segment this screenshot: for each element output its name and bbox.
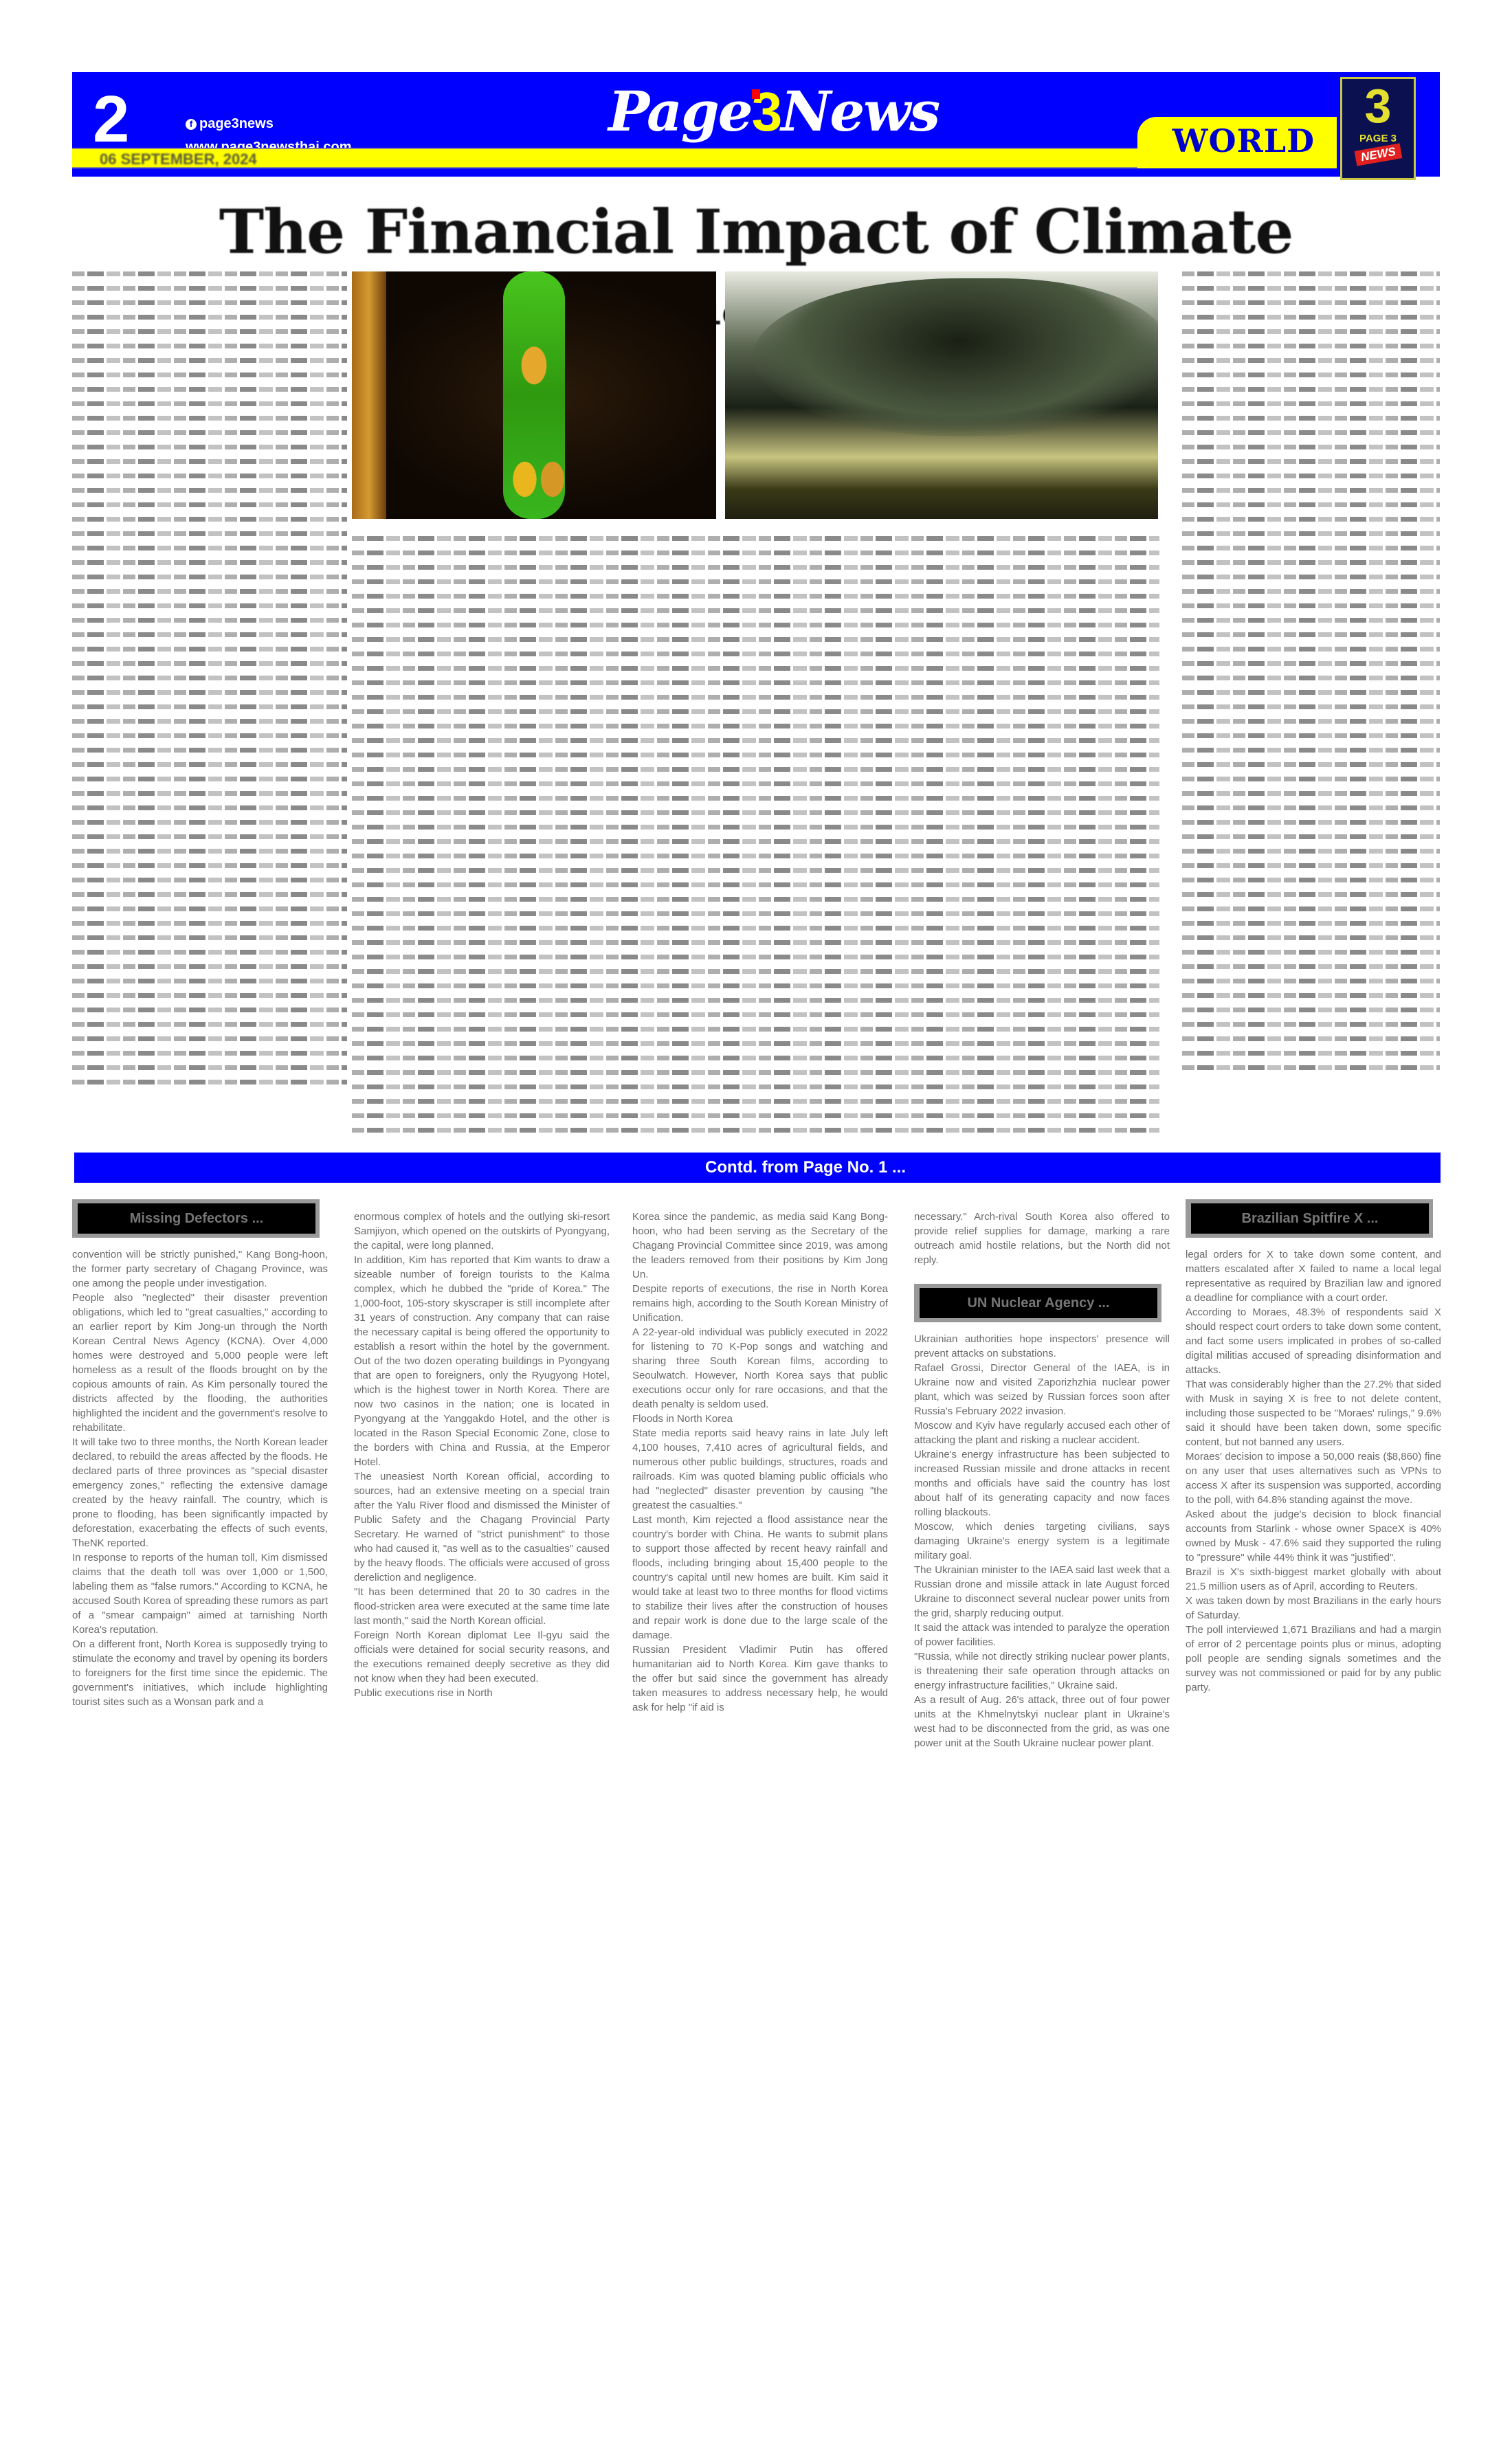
- paragraph: legal orders for X to take down some con…: [1186, 1247, 1441, 1305]
- paragraph: State media reports said heavy rains in …: [632, 1426, 888, 1513]
- column-4: necessary." Arch-rival South Korea also …: [914, 1210, 1170, 1750]
- paragraph: Despite reports of executions, the rise …: [632, 1282, 888, 1325]
- upper-left-column-text: [72, 271, 347, 1094]
- paragraph: It said the attack was intended to paral…: [914, 1621, 1170, 1649]
- upper-center-text: [352, 536, 1159, 1142]
- column-3: Korea since the pandemic, as media said …: [632, 1210, 888, 1715]
- continued-from-banner: Contd. from Page No. 1 ...: [74, 1153, 1441, 1183]
- paragraph: Brazil is X's sixth-biggest market globa…: [1186, 1565, 1441, 1594]
- paragraph: The poll interviewed 1,671 Brazilians an…: [1186, 1623, 1441, 1695]
- photo-chili-vine: [503, 271, 565, 519]
- paragraph: Russian President Vladimir Putin has off…: [632, 1643, 888, 1715]
- paragraph: A 22-year-old individual was publicly ex…: [632, 1325, 888, 1412]
- masthead-divider: [72, 168, 1440, 177]
- paragraph: As a result of Aug. 26's attack, three o…: [914, 1693, 1170, 1750]
- paragraph: "It has been determined that 20 to 30 ca…: [354, 1585, 610, 1628]
- facebook-icon: f: [186, 119, 197, 130]
- paragraph: In addition, Kim has reported that Kim w…: [354, 1253, 610, 1469]
- column-2: enormous complex of hotels and the outly…: [354, 1210, 610, 1700]
- page-number: 2: [93, 82, 129, 157]
- paragraph: The uneasiest North Korean official, acc…: [354, 1469, 610, 1585]
- paragraph: Last month, Kim rejected a flood assista…: [632, 1513, 888, 1643]
- paragraph: necessary." Arch-rival South Korea also …: [914, 1210, 1170, 1267]
- paragraph: Moscow, which denies targeting civilians…: [914, 1520, 1170, 1563]
- section-label: WORLD: [1137, 117, 1337, 168]
- column-5: Brazilian Spitfire X ... legal orders fo…: [1186, 1199, 1441, 1695]
- paragraph: convention will be strictly punished," K…: [72, 1247, 328, 1291]
- paragraph: Public executions rise in North: [354, 1686, 610, 1700]
- section-heading-box: Missing Defectors ...: [72, 1199, 320, 1238]
- date-bar: 06 SEPTEMBER, 2024: [72, 148, 1158, 168]
- paragraph: "Russia, while not directly striking nuc…: [914, 1649, 1170, 1693]
- paragraph: Asked about the judge's decision to bloc…: [1186, 1507, 1441, 1565]
- paragraph: That was considerably higher than the 27…: [1186, 1377, 1441, 1449]
- facebook-link[interactable]: fpage3news: [186, 112, 352, 135]
- paragraph: Foreign North Korean diplomat Lee Il-gyu…: [354, 1628, 610, 1686]
- subheading: Floods in North Korea: [632, 1412, 888, 1426]
- paragraph: In response to reports of the human toll…: [72, 1550, 328, 1637]
- paragraph: Ukrainian authorities hope inspectors' p…: [914, 1332, 1170, 1361]
- paragraph: According to Moraes, 48.3% of respondent…: [1186, 1305, 1441, 1377]
- issue-date: 06 SEPTEMBER, 2024: [100, 151, 257, 168]
- page3-badge-logo: 3 PAGE 3 NEWS: [1340, 77, 1416, 180]
- paragraph: Rafael Grossi, Director General of the I…: [914, 1361, 1170, 1418]
- photo-cloud-shape: [753, 278, 1158, 436]
- paragraph: X was taken down by most Brazilians in t…: [1186, 1594, 1441, 1623]
- column-1: Missing Defectors ... convention will be…: [72, 1199, 328, 1709]
- section-heading-box: UN Nuclear Agency ...: [914, 1284, 1161, 1322]
- section-heading-box: Brazilian Spitfire X ...: [1186, 1199, 1433, 1238]
- photo-storm-cloud: [725, 271, 1158, 519]
- paragraph: Moscow and Kyiv have regularly accused e…: [914, 1418, 1170, 1447]
- paragraph: enormous complex of hotels and the outly…: [354, 1210, 610, 1253]
- newspaper-logo[interactable]: Page3News: [608, 79, 939, 144]
- paragraph: The Ukrainian minister to the IAEA said …: [914, 1563, 1170, 1621]
- paragraph: Ukraine's energy infrastructure has been…: [914, 1447, 1170, 1520]
- paragraph: Moraes' decision to impose a 50,000 reai…: [1186, 1449, 1441, 1507]
- paragraph: It will take two to three months, the No…: [72, 1435, 328, 1550]
- upper-right-column-text: [1182, 271, 1440, 1080]
- paragraph: On a different front, North Korea is sup…: [72, 1637, 328, 1709]
- paragraph: People also "neglected" their disaster p…: [72, 1291, 328, 1435]
- paragraph: Korea since the pandemic, as media said …: [632, 1210, 888, 1282]
- photo-wood-post: [352, 271, 386, 519]
- photo-chilies-lanterns: [352, 271, 716, 519]
